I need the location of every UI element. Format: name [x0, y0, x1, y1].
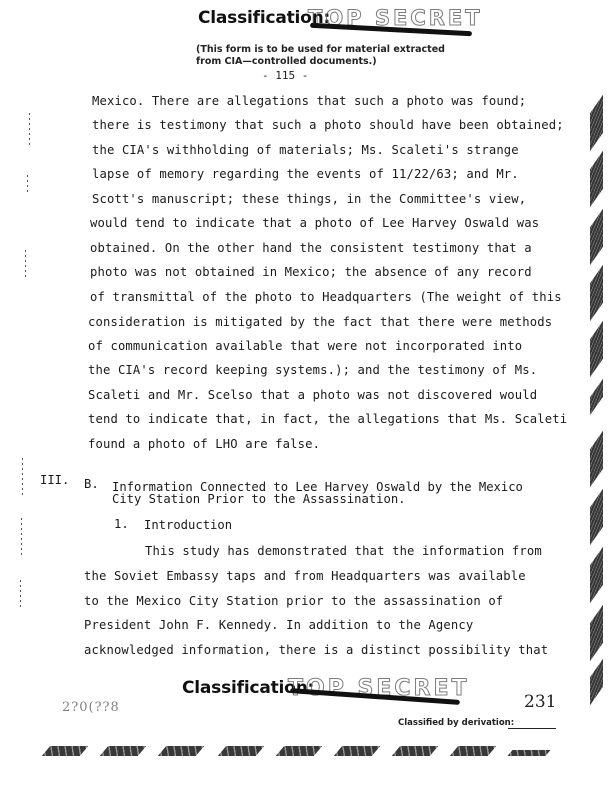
edge-tab-mark [590, 659, 603, 706]
subsection-title: Introduction [144, 519, 232, 531]
section-title-line-2: City Station Prior to the Assassination. [112, 493, 406, 505]
paragraph-line: obtained. On the other hand the consiste… [90, 241, 532, 255]
paragraph-line: the Soviet Embassy taps and from Headqua… [84, 569, 526, 583]
paragraph-line: tend to indicate that, in fact, the alle… [88, 412, 567, 426]
paragraph-line: lapse of memory regarding the events of … [92, 167, 519, 181]
paragraph-line: acknowledged information, there is a dis… [84, 643, 548, 657]
page-number: - 115 - [262, 69, 308, 82]
edge-tab-mark [507, 750, 550, 756]
paragraph-line: Mexico. There are allegations that such … [92, 94, 526, 108]
sheet-count: 231 [524, 692, 556, 712]
derivation-blank-line [508, 728, 556, 729]
form-note-line-2: from CIA—controlled documents.) [196, 56, 377, 68]
margin-scan-mark [29, 113, 30, 145]
edge-tab-mark [276, 746, 322, 756]
edge-tab-mark [590, 379, 603, 416]
paragraph-line: This study has demonstrated that the inf… [145, 544, 542, 558]
paragraph-line: President John F. Kennedy. In addition t… [84, 618, 473, 632]
paragraph-line: Scott's manuscript; these things, in the… [92, 192, 526, 206]
margin-scan-mark [20, 580, 21, 608]
edge-tab-mark [590, 151, 603, 208]
edge-tab-mark [334, 746, 380, 756]
section-letter: B. [84, 478, 99, 490]
paragraph-line: to the Mexico City Station prior to the … [84, 594, 503, 608]
margin-scan-mark [22, 458, 23, 498]
margin-scan-mark [27, 175, 28, 195]
document-number-stamp: 2?0(??8 [62, 700, 120, 715]
edge-tab-mark [590, 431, 603, 488]
paragraph-line: of transmittal of the photo to Headquart… [90, 290, 562, 304]
edge-tab-mark [590, 95, 603, 152]
edge-tab-mark [590, 265, 603, 322]
edge-tab-mark [42, 746, 88, 756]
edge-tab-mark [590, 489, 603, 546]
paragraph-line: found a photo of LHO are false. [88, 437, 320, 451]
paragraph-line: of communication available that were not… [88, 339, 522, 353]
paragraph-line: photo was not obtained in Mexico; the ab… [90, 265, 532, 279]
edge-tab-mark [218, 746, 264, 756]
paragraph-line: the CIA's record keeping systems.); and … [88, 363, 537, 377]
form-note-line-1: (This form is to be used for material ex… [196, 44, 445, 56]
paragraph-line: Scaleti and Mr. Scelso that a photo was … [88, 388, 537, 402]
paragraph-line: there is testimony that such a photo sho… [92, 118, 564, 132]
paragraph-line: the CIA's withholding of materials; Ms. … [92, 143, 519, 157]
edge-tab-mark [590, 547, 603, 604]
edge-tab-mark [590, 209, 603, 266]
edge-tab-mark [158, 746, 204, 756]
margin-scan-mark [21, 518, 22, 558]
paragraph-line: would tend to indicate that a photo of L… [90, 216, 539, 230]
derivation-label: Classified by derivation: [398, 718, 514, 728]
margin-scan-mark [25, 250, 26, 280]
subsection-number: 1. [114, 518, 129, 530]
edge-tab-mark [100, 746, 146, 756]
edge-tab-mark [392, 746, 438, 756]
section-number: III. [40, 474, 69, 486]
paragraph-line: consideration is mitigated by the fact t… [88, 315, 552, 329]
edge-tab-mark [450, 746, 496, 756]
edge-tab-mark [590, 321, 603, 378]
edge-tab-mark [590, 605, 603, 662]
